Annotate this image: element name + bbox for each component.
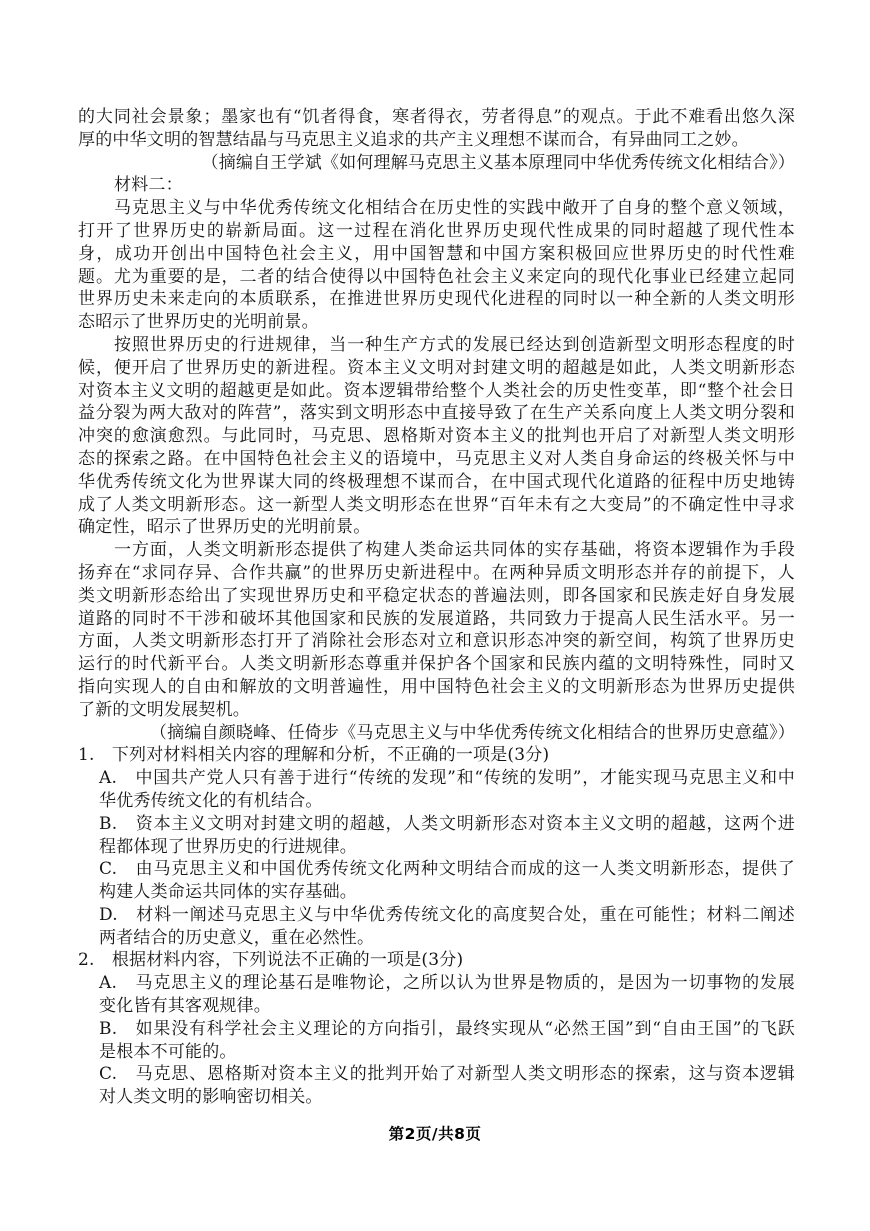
text-line: 是根本不可能的。 xyxy=(78,1041,795,1064)
text-line: 指向实现人的自由和解放的文明普遍性，用中国特色社会主义的文明新形态为世界历史提供 xyxy=(78,676,795,699)
page-footer: 第2页/共8页 xyxy=(0,1122,870,1144)
text-line: 了新的文明发展契机。 xyxy=(78,699,795,722)
text-line: 变化皆有其客观规律。 xyxy=(78,995,795,1018)
text-line: 华优秀传统文化的有机结合。 xyxy=(78,790,795,813)
text-line: 身，成功开创出中国特色社会主义，用中国智慧和中国方案积极回应世界历史的时代性难 xyxy=(78,243,795,266)
text-line: 方面，人类文明新形态打开了消除社会形态对立和意识形态冲突的新空间，构筑了世界历史 xyxy=(78,630,795,653)
text-line: 对人类文明的影响密切相关。 xyxy=(78,1086,795,1109)
page-content: 的大同社会景象；墨家也有“饥者得食，寒者得衣，劳者得息”的观点。于此不难看出悠久… xyxy=(78,106,795,1109)
text-line: 按照世界历史的行进规律，当一种生产方式的发展已经达到创造新型文明形态程度的时 xyxy=(78,334,795,357)
text-line: 确定性，昭示了世界历史的光明前景。 xyxy=(78,516,795,539)
document-page: { "page": { "footer": "第2页/共8页", "colors… xyxy=(0,0,870,1231)
text-line: 构建人类命运共同体的实存基础。 xyxy=(78,881,795,904)
text-line: C. 由马克思主义和中国优秀传统文化两种文明结合而成的这一人类文明新形态，提供了 xyxy=(78,858,795,881)
text-line: 2. 根据材料内容，下列说法不正确的一项是(3分) xyxy=(78,949,795,972)
text-line: 两者结合的历史意义，重在必然性。 xyxy=(78,927,795,950)
text-line: 一方面，人类文明新形态提供了构建人类命运共同体的实存基础，将资本逻辑作为手段 xyxy=(78,539,795,562)
text-line: 马克思主义与中华优秀传统文化相结合在历史性的实践中敞开了自身的整个意义领域， xyxy=(78,197,795,220)
text-line: 成了人类文明新形态。这一新型人类文明形态在世界“百年未有之大变局”的不确定性中寻… xyxy=(78,494,795,517)
text-line: 态的探索之路。在中国特色社会主义的语境中，马克思主义对人类自身命运的终极关怀与中 xyxy=(78,448,795,471)
text-line: 的大同社会景象；墨家也有“饥者得食，寒者得衣，劳者得息”的观点。于此不难看出悠久… xyxy=(78,106,795,129)
text-line: 对资本主义文明的超越更是如此。资本逻辑带给整个人类社会的历史性变革，即“整个社会… xyxy=(78,380,795,403)
text-line: 益分裂为两大敌对的阵营”，落实到文明形态中直接导致了在生产关系向度上人类文明分裂… xyxy=(78,402,795,425)
text-line: 材料二： xyxy=(78,174,795,197)
text-line: D. 材料一阐述马克思主义与中华优秀传统文化的高度契合处，重在可能性；材料二阐述 xyxy=(78,904,795,927)
text-line: 态昭示了世界历史的光明前景。 xyxy=(78,311,795,334)
text-line: 候，便开启了世界历史的新进程。资本主义文明对封建文明的超越是如此，人类文明新形态 xyxy=(78,357,795,380)
text-line: 冲突的愈演愈烈。与此同时，马克思、恩格斯对资本主义的批判也开启了对新型人类文明形 xyxy=(78,425,795,448)
text-line: B. 如果没有科学社会主义理论的方向指引，最终实现从“必然王国”到“自由王国”的… xyxy=(78,1018,795,1041)
text-line: 运行的时代新平台。人类文明新形态尊重并保护各个国家和民族内蕴的文明特殊性，同时又 xyxy=(78,653,795,676)
text-line: 题。尤为重要的是，二者的结合使得以中国特色社会主义来定向的现代化事业已经建立起同 xyxy=(78,266,795,289)
text-line: 类文明新形态给出了实现世界历史和平稳定状态的普遍法则，即各国家和民族走好自身发展 xyxy=(78,585,795,608)
text-line: 1. 下列对材料相关内容的理解和分析，不正确的一项是(3分) xyxy=(78,744,795,767)
text-line: （摘编自颜晓峰、任倚步《马克思主义与中华优秀传统文化相结合的世界历史意蕴》） xyxy=(78,722,795,745)
text-line: 世界历史未来走向的本质联系，在推进世界历史现代化进程的同时以一种全新的人类文明形 xyxy=(78,288,795,311)
text-line: B. 资本主义文明对封建文明的超越，人类文明新形态对资本主义文明的超越，这两个进 xyxy=(78,813,795,836)
text-line: A. 中国共产党人只有善于进行“传统的发现”和“传统的发明”，才能实现马克思主义… xyxy=(78,767,795,790)
text-line: 扬弃在“求同存异、合作共赢”的世界历史新进程中。在两种异质文明形态并存的前提下，… xyxy=(78,562,795,585)
text-line: 道路的同时不干涉和破坏其他国家和民族的发展道路，共同致力于提高人民生活水平。另一 xyxy=(78,608,795,631)
text-line: 打开了世界历史的崭新局面。这一过程在消化世界历史现代性成果的同时超越了现代性本 xyxy=(78,220,795,243)
text-line: 程都体现了世界历史的行进规律。 xyxy=(78,836,795,859)
text-line: A. 马克思主义的理论基石是唯物论，之所以认为世界是物质的，是因为一切事物的发展 xyxy=(78,972,795,995)
text-line: 华优秀传统文化为世界谋大同的终极理想不谋而合，在中国式现代化道路的征程中历史地铸 xyxy=(78,471,795,494)
text-line: （摘编自王学斌《如何理解马克思主义基本原理同中华优秀传统文化相结合》） xyxy=(78,152,795,175)
text-line: C. 马克思、恩格斯对资本主义的批判开始了对新型人类文明形态的探索，这与资本逻辑 xyxy=(78,1063,795,1086)
text-line: 厚的中华文明的智慧结晶与马克思主义追求的共产主义理想不谋而合，有异曲同工之妙。 xyxy=(78,129,795,152)
